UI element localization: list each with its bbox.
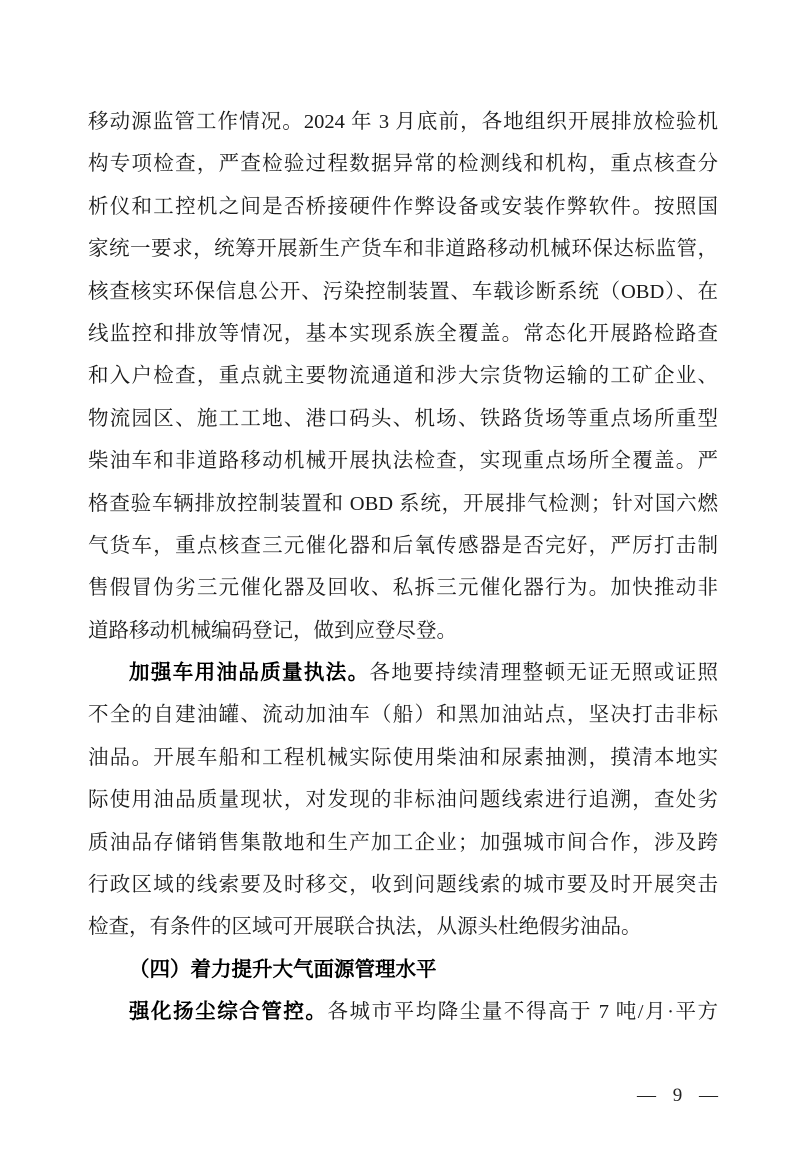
- para-fuel-quality-enforcement-line-6: 行政区域的线索要及时移交，收到问题线索的城市要及时开展突击: [88, 864, 718, 906]
- document-body: 移动源监管工作情况。2024 年 3 月底前，各地组织开展排放检验机构专项检查，…: [88, 101, 718, 1034]
- body-text-segment: 售假冒伪劣三元催化器及回收、私拆三元催化器行为。加快推动非: [88, 577, 718, 599]
- body-text-segment: 格查验车辆排放控制装置和 OBD 系统，开展排气检测；针对国六燃: [88, 493, 718, 515]
- body-text-segment: 各地要持续清理整顿无证无照或证照: [370, 662, 718, 684]
- document-page: 移动源监管工作情况。2024 年 3 月底前，各地组织开展排放检验机构专项检查，…: [0, 0, 806, 1153]
- body-text-segment: 际使用油品质量现状，对发现的非标油问题线索进行追溯，查处劣: [88, 789, 718, 811]
- body-text-segment: 柴油车和非道路移动机械开展执法检查，实现重点场所全覆盖。严: [88, 450, 718, 472]
- para-fuel-quality-enforcement-line-1: 加强车用油品质量执法。各地要持续清理整顿无证无照或证照: [88, 652, 718, 694]
- para-mobile-source-supervision-line-4: 家统一要求，统筹开展新生产货车和非道路移动机械环保达标监管，: [88, 228, 718, 270]
- bold-text-segment: 强化扬尘综合管控。: [129, 1001, 327, 1023]
- para-mobile-source-supervision-line-10: 格查验车辆排放控制装置和 OBD 系统，开展排气检测；针对国六燃: [88, 483, 718, 525]
- page-number: — 9 —: [637, 1083, 718, 1109]
- body-text-segment: 核查核实环保信息公开、污染控制装置、车载诊断系统（OBD）、在: [88, 281, 718, 303]
- para-mobile-source-supervision-line-12: 售假冒伪劣三元催化器及回收、私拆三元催化器行为。加快推动非: [88, 567, 718, 609]
- body-text-segment: 线监控和排放等情况，基本实现系族全覆盖。常态化开展路检路查: [88, 323, 718, 345]
- body-text-segment: 各城市平均降尘量不得高于 7 吨/月·平方: [327, 1001, 718, 1023]
- para-dust-control-line-1: 强化扬尘综合管控。各城市平均降尘量不得高于 7 吨/月·平方: [88, 991, 718, 1033]
- para-mobile-source-supervision-line-6: 线监控和排放等情况，基本实现系族全覆盖。常态化开展路检路查: [88, 313, 718, 355]
- para-mobile-source-supervision-line-5: 核查核实环保信息公开、污染控制装置、车载诊断系统（OBD）、在: [88, 271, 718, 313]
- body-text-segment: 道路移动机械编码登记，做到应登尽登。: [88, 620, 457, 642]
- body-text-segment: 油品。开展车船和工程机械实际使用柴油和尿素抽测，摸清本地实: [88, 747, 718, 769]
- heading-section-four-area-source-management-line-1: （四）着力提升大气面源管理水平: [88, 949, 718, 991]
- body-text-segment: 和入户检查，重点就主要物流通道和涉大宗货物运输的工矿企业、: [88, 365, 718, 387]
- para-fuel-quality-enforcement-line-4: 际使用油品质量现状，对发现的非标油问题线索进行追溯，查处劣: [88, 779, 718, 821]
- para-mobile-source-supervision-line-11: 气货车，重点核查三元催化器和后氧传感器是否完好，严厉打击制: [88, 525, 718, 567]
- para-fuel-quality-enforcement-line-3: 油品。开展车船和工程机械实际使用柴油和尿素抽测，摸清本地实: [88, 737, 718, 779]
- body-text-segment: 质油品存储销售集散地和生产加工企业；加强城市间合作，涉及跨: [88, 832, 718, 854]
- para-mobile-source-supervision-line-7: 和入户检查，重点就主要物流通道和涉大宗货物运输的工矿企业、: [88, 355, 718, 397]
- para-mobile-source-supervision-line-13: 道路移动机械编码登记，做到应登尽登。: [88, 610, 718, 652]
- body-text-segment: 气货车，重点核查三元催化器和后氧传感器是否完好，严厉打击制: [88, 535, 718, 557]
- body-text-segment: 物流园区、施工工地、港口码头、机场、铁路货场等重点场所重型: [88, 408, 718, 430]
- body-text-segment: 家统一要求，统筹开展新生产货车和非道路移动机械环保达标监管，: [88, 238, 718, 260]
- bold-text-segment: （四）着力提升大气面源管理水平: [129, 959, 437, 981]
- para-mobile-source-supervision-line-2: 构专项检查，严查检验过程数据异常的检测线和机构，重点核查分: [88, 143, 718, 185]
- para-mobile-source-supervision-line-1: 移动源监管工作情况。2024 年 3 月底前，各地组织开展排放检验机: [88, 101, 718, 143]
- para-mobile-source-supervision-line-9: 柴油车和非道路移动机械开展执法检查，实现重点场所全覆盖。严: [88, 440, 718, 482]
- para-fuel-quality-enforcement-line-2: 不全的自建油罐、流动加油车（船）和黑加油站点，坚决打击非标: [88, 694, 718, 736]
- body-text-segment: 不全的自建油罐、流动加油车（船）和黑加油站点，坚决打击非标: [88, 704, 718, 726]
- body-text-segment: 检查，有条件的区域可开展联合执法，从源头杜绝假劣油品。: [88, 916, 642, 938]
- bold-text-segment: 加强车用油品质量执法。: [129, 662, 370, 684]
- body-text-segment: 构专项检查，严查检验过程数据异常的检测线和机构，重点核查分: [88, 153, 718, 175]
- para-fuel-quality-enforcement-line-7: 检查，有条件的区域可开展联合执法，从源头杜绝假劣油品。: [88, 906, 718, 948]
- body-text-segment: 移动源监管工作情况。2024 年 3 月底前，各地组织开展排放检验机: [88, 111, 718, 133]
- para-fuel-quality-enforcement-line-5: 质油品存储销售集散地和生产加工企业；加强城市间合作，涉及跨: [88, 822, 718, 864]
- body-text-segment: 行政区域的线索要及时移交，收到问题线索的城市要及时开展突击: [88, 874, 718, 896]
- para-mobile-source-supervision-line-3: 析仪和工控机之间是否桥接硬件作弊设备或安装作弊软件。按照国: [88, 186, 718, 228]
- para-mobile-source-supervision-line-8: 物流园区、施工工地、港口码头、机场、铁路货场等重点场所重型: [88, 398, 718, 440]
- body-text-segment: 析仪和工控机之间是否桥接硬件作弊设备或安装作弊软件。按照国: [88, 196, 718, 218]
